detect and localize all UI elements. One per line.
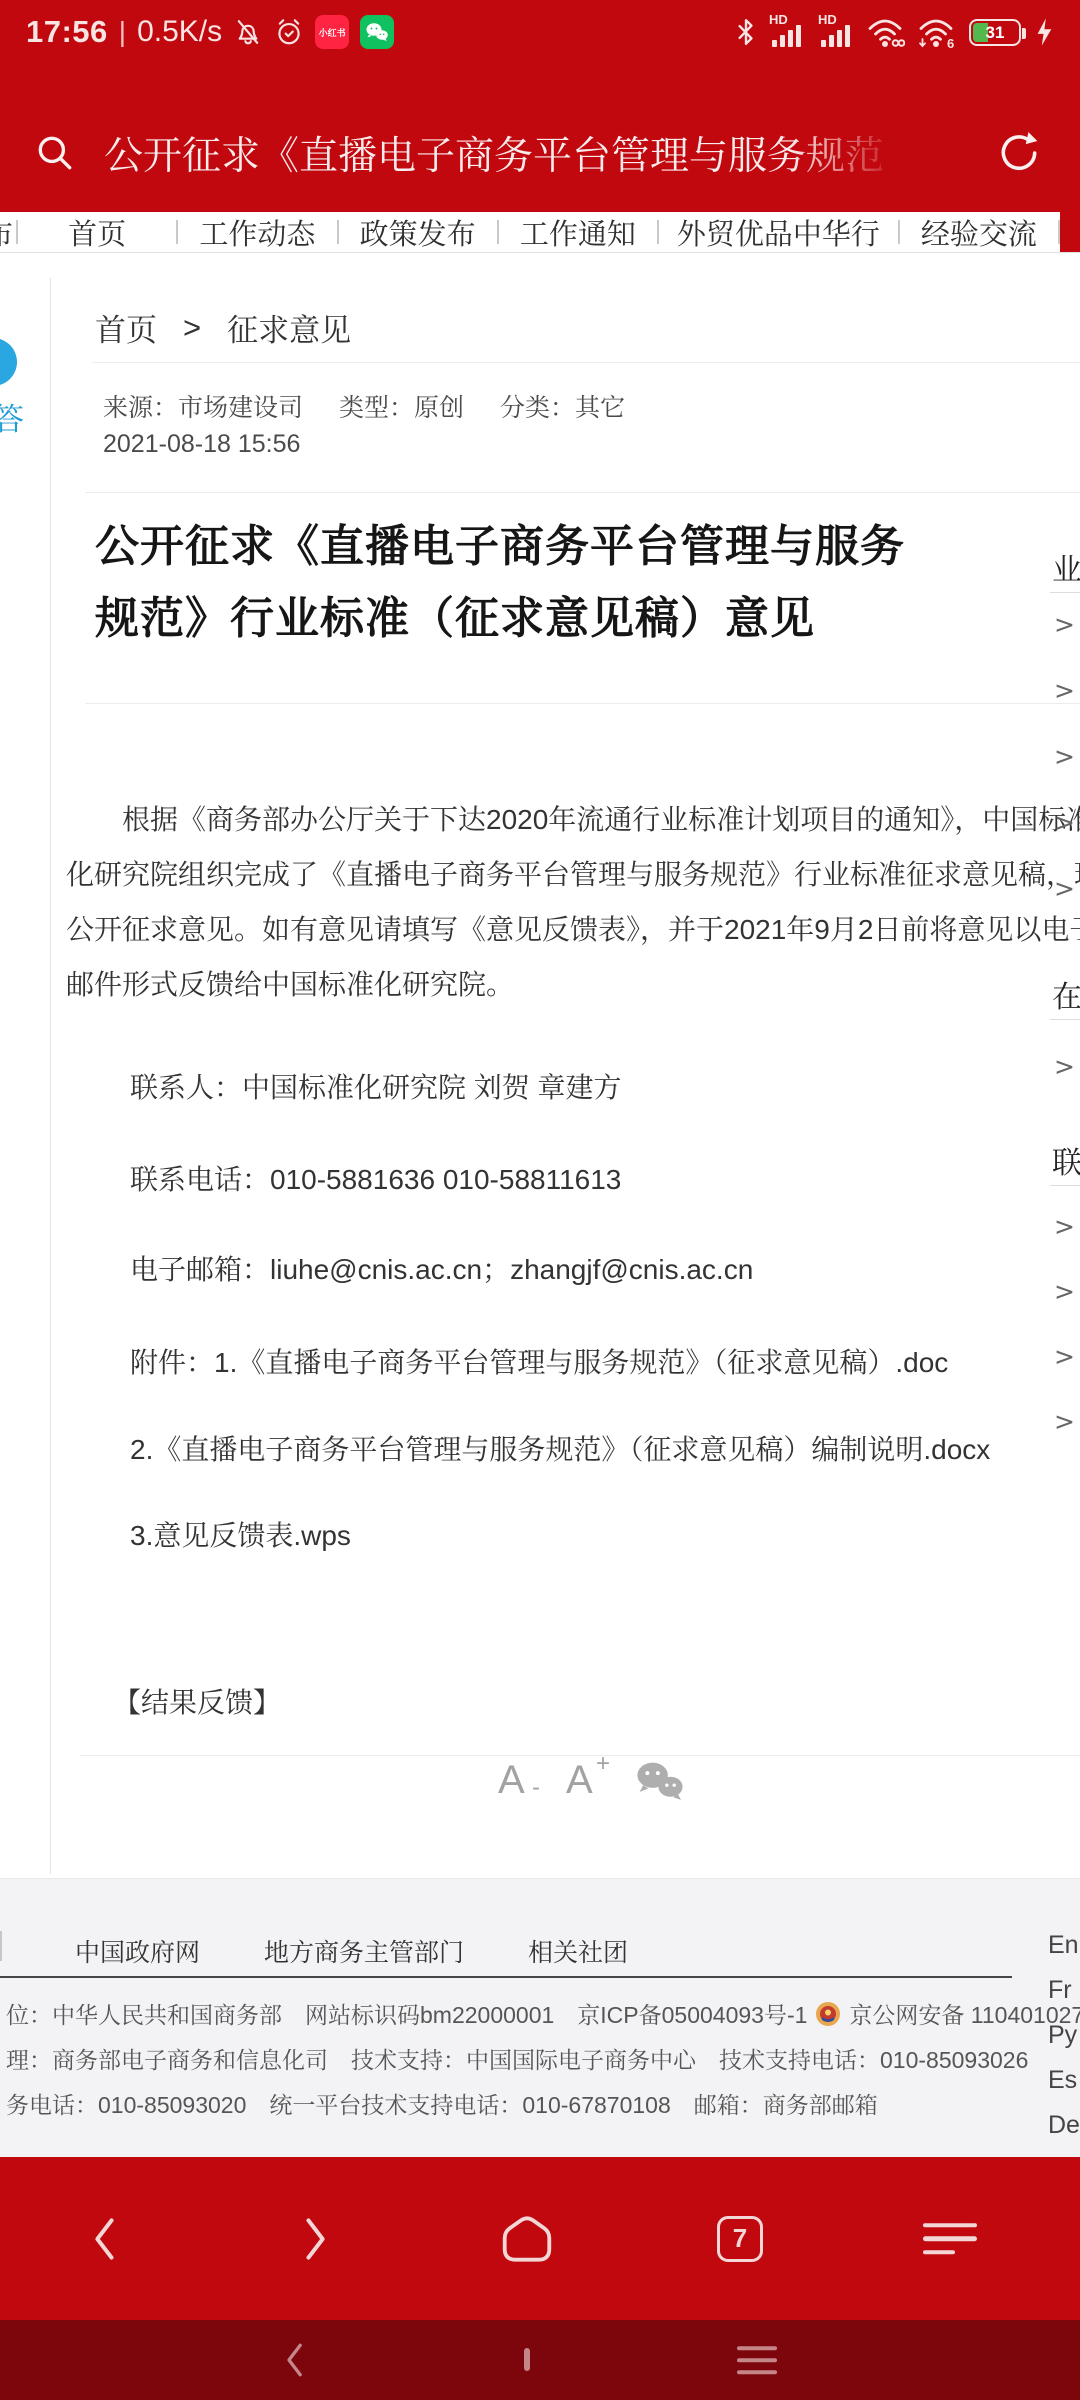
phone-screen: 17:56 | 0.5K/s 小红书 xyxy=(0,0,1080,2400)
sidebar-section-title: 业务 xyxy=(1052,545,1080,589)
paragraph-line: 根据《商务部办公厅关于下达2020年流通行业标准计划项目的通知》，中国标准 xyxy=(66,798,1080,838)
contact-person: 联系人：中国标准化研究院 刘贺 章建方 xyxy=(130,1066,622,1106)
nav-red-edge xyxy=(1060,212,1080,252)
meta-category: 分类：其它 xyxy=(500,388,625,424)
chevron-right-icon[interactable]: > xyxy=(1054,676,1075,705)
divider xyxy=(1050,1019,1080,1020)
chevron-right-icon[interactable]: > xyxy=(1054,610,1075,639)
divider xyxy=(1050,1185,1080,1186)
lang-link-en[interactable]: En xyxy=(1048,1931,1079,1960)
status-divider: | xyxy=(119,16,126,48)
system-nav-bar xyxy=(0,2320,1080,2400)
red-header: 17:56 | 0.5K/s 小红书 xyxy=(0,0,1080,212)
browser-toolbar: 7 xyxy=(0,2157,1080,2320)
footer-links: 中国政府网 地方商务主管部门 相关社团 xyxy=(75,1933,628,1969)
article-title-line1: 公开征求《直播电子商务平台管理与服务 xyxy=(95,510,995,574)
status-left-cluster: 17:56 | 0.5K/s 小红书 xyxy=(26,14,394,50)
site-nav: 布 首页 工作动态 政策发布 工作通知 外贸优品中华行 经验交流 xyxy=(0,212,1080,253)
clock-time: 17:56 xyxy=(26,14,108,50)
divider xyxy=(85,703,1080,704)
bluetooth-icon xyxy=(736,17,756,47)
meta-type: 类型：原创 xyxy=(339,388,464,424)
nav-item-home[interactable]: 首页 xyxy=(18,212,176,253)
attachment-docx-link[interactable]: 2.《直播电子商务平台管理与服务规范》（征求意见稿）编制说明.docx xyxy=(130,1428,990,1468)
alarm-clock-icon xyxy=(274,17,304,47)
browser-address-bar[interactable]: 公开征求《直播电子商务平台管理与服务规范 xyxy=(0,112,1080,194)
sidebar-section-title: 联系 xyxy=(1052,1138,1080,1182)
content-left-border xyxy=(50,278,51,1874)
footer-link-groups[interactable]: 相关社团 xyxy=(528,1933,628,1969)
refresh-icon[interactable] xyxy=(996,130,1042,176)
signal-bars-sim2-icon: HD xyxy=(818,14,854,50)
chevron-right-icon[interactable]: > xyxy=(1054,874,1075,903)
attachment-doc-link[interactable]: 附件：1.《直播电子商务平台管理与服务规范》（征求意见稿）.doc xyxy=(130,1341,948,1381)
footer-left-separator xyxy=(0,1931,2,1961)
lang-link-es[interactable]: Es xyxy=(1048,2066,1077,2095)
nav-item-foreign-trade[interactable]: 外贸优品中华行 xyxy=(659,212,898,253)
paragraph-line: 邮件形式反馈给中国标准化研究院。 xyxy=(66,963,514,1003)
chevron-right-icon[interactable]: > xyxy=(1054,1052,1075,1081)
nav-item-experience[interactable]: 经验交流 xyxy=(900,212,1058,253)
nav-item-work-news[interactable]: 工作动态 xyxy=(178,212,336,253)
meta-datetime: 2021-08-18 15:56 xyxy=(103,430,300,459)
battery-icon: 31 xyxy=(969,19,1021,46)
wifi-linked-icon xyxy=(867,15,905,49)
divider xyxy=(80,1755,1080,1756)
breadcrumb-home-link[interactable]: 首页 xyxy=(95,305,157,350)
tab-count: 7 xyxy=(733,2223,747,2254)
footer-link-gov[interactable]: 中国政府网 xyxy=(75,1933,200,1969)
charging-bolt-icon xyxy=(1034,17,1054,47)
browser-menu-icon[interactable] xyxy=(923,2223,977,2255)
font-decrease-button[interactable]: A - xyxy=(498,1760,542,1800)
wifi-6-icon: 6 xyxy=(918,15,956,49)
lang-link-de[interactable]: De xyxy=(1048,2111,1080,2140)
divider xyxy=(1050,592,1080,593)
sidebar-section-title: 在线 xyxy=(1052,972,1080,1016)
divider xyxy=(85,492,1080,493)
article-tools: A - A + xyxy=(498,1760,686,1800)
chevron-right-icon[interactable]: > xyxy=(1054,1342,1075,1371)
site-footer: 中国政府网 地方商务主管部门 相关社团 En Fr Py Es De 位：中华人… xyxy=(0,1878,1080,2157)
system-home-icon[interactable] xyxy=(524,2351,530,2369)
browser-back-icon[interactable] xyxy=(88,2216,122,2262)
network-speed: 0.5K/s xyxy=(137,15,222,49)
xiaohongshu-app-icon: 小红书 xyxy=(315,15,349,49)
footer-divider xyxy=(0,1976,1012,1978)
svg-text:6: 6 xyxy=(947,36,954,49)
browser-home-icon[interactable] xyxy=(499,2213,555,2265)
footer-support-line: 理：商务部电子商务和信息化司 技术支持：中国国际电子商务中心 技术支持电话：01… xyxy=(6,2042,1028,2075)
chevron-right-icon[interactable]: > xyxy=(1054,808,1075,837)
chevron-right-icon[interactable]: > xyxy=(1054,1212,1075,1241)
article-meta: 来源：市场建设司 类型：原创 分类：其它 xyxy=(103,388,625,424)
nav-item-policy[interactable]: 政策发布 xyxy=(339,212,497,253)
wechat-app-icon xyxy=(360,15,394,49)
meta-source: 来源：市场建设司 xyxy=(103,388,303,424)
footer-link-local[interactable]: 地方商务主管部门 xyxy=(264,1933,464,1969)
breadcrumb-current[interactable]: 征求意见 xyxy=(227,305,351,350)
attachment-wps-link[interactable]: 3.意见反馈表.wps xyxy=(130,1514,351,1554)
system-back-icon[interactable] xyxy=(282,2341,308,2379)
nav-item-partial-left[interactable]: 布 xyxy=(0,212,16,253)
chevron-right-icon[interactable]: > xyxy=(1054,742,1075,771)
paragraph-line: 化研究院组织完成了《直播电子商务平台管理与服务规范》行业标准征求意见稿，现 xyxy=(66,853,1080,893)
signal-bars-sim1-icon: HD xyxy=(769,14,805,50)
system-menu-icon[interactable] xyxy=(737,2346,777,2374)
qa-float-widget-label[interactable]: 答 xyxy=(0,394,24,439)
browser-forward-icon[interactable] xyxy=(298,2216,332,2262)
status-bar: 17:56 | 0.5K/s 小红书 xyxy=(0,6,1080,58)
bell-muted-icon xyxy=(233,17,263,47)
footer-registration-line: 位：中华人民共和国商务部 网站标识码bm22000001 京ICP备050040… xyxy=(6,1997,1080,2030)
search-icon xyxy=(34,132,76,174)
breadcrumb-divider xyxy=(92,362,1080,363)
police-badge-icon xyxy=(815,2001,841,2027)
contact-email: 电子邮箱：liuhe@cnis.ac.cn；zhangjf@cnis.ac.cn xyxy=(130,1248,753,1288)
browser-tabs-icon[interactable]: 7 xyxy=(717,2216,763,2262)
chevron-right-icon[interactable]: > xyxy=(1054,1407,1075,1436)
breadcrumb: 首页 > 征求意见 xyxy=(95,305,351,350)
article-title-line2: 规范》行业标准（征求意见稿）意见 xyxy=(95,582,995,646)
battery-level: 31 xyxy=(971,24,1019,41)
wechat-share-icon[interactable] xyxy=(634,1760,686,1802)
nav-item-work-notice[interactable]: 工作通知 xyxy=(499,212,657,253)
font-increase-button[interactable]: A + xyxy=(566,1760,610,1800)
breadcrumb-separator: > xyxy=(183,310,201,346)
contact-phone: 联系电话：010-5881636 010-58811613 xyxy=(130,1158,621,1198)
qa-float-widget-icon[interactable] xyxy=(0,338,17,386)
footer-phone-line: 务电话：010-85093020 统一平台技术支持电话：010-67870108… xyxy=(6,2087,878,2120)
chevron-right-icon[interactable]: > xyxy=(1054,1277,1075,1306)
title-fade-overlay xyxy=(790,112,920,194)
paragraph-line: 公开征求意见。如有意见请填写《意见反馈表》，并于2021年9月2日前将意见以电子 xyxy=(66,908,1080,948)
status-right-cluster: HD HD xyxy=(736,14,1054,50)
result-feedback-link[interactable]: 【结果反馈】 xyxy=(113,1681,281,1721)
